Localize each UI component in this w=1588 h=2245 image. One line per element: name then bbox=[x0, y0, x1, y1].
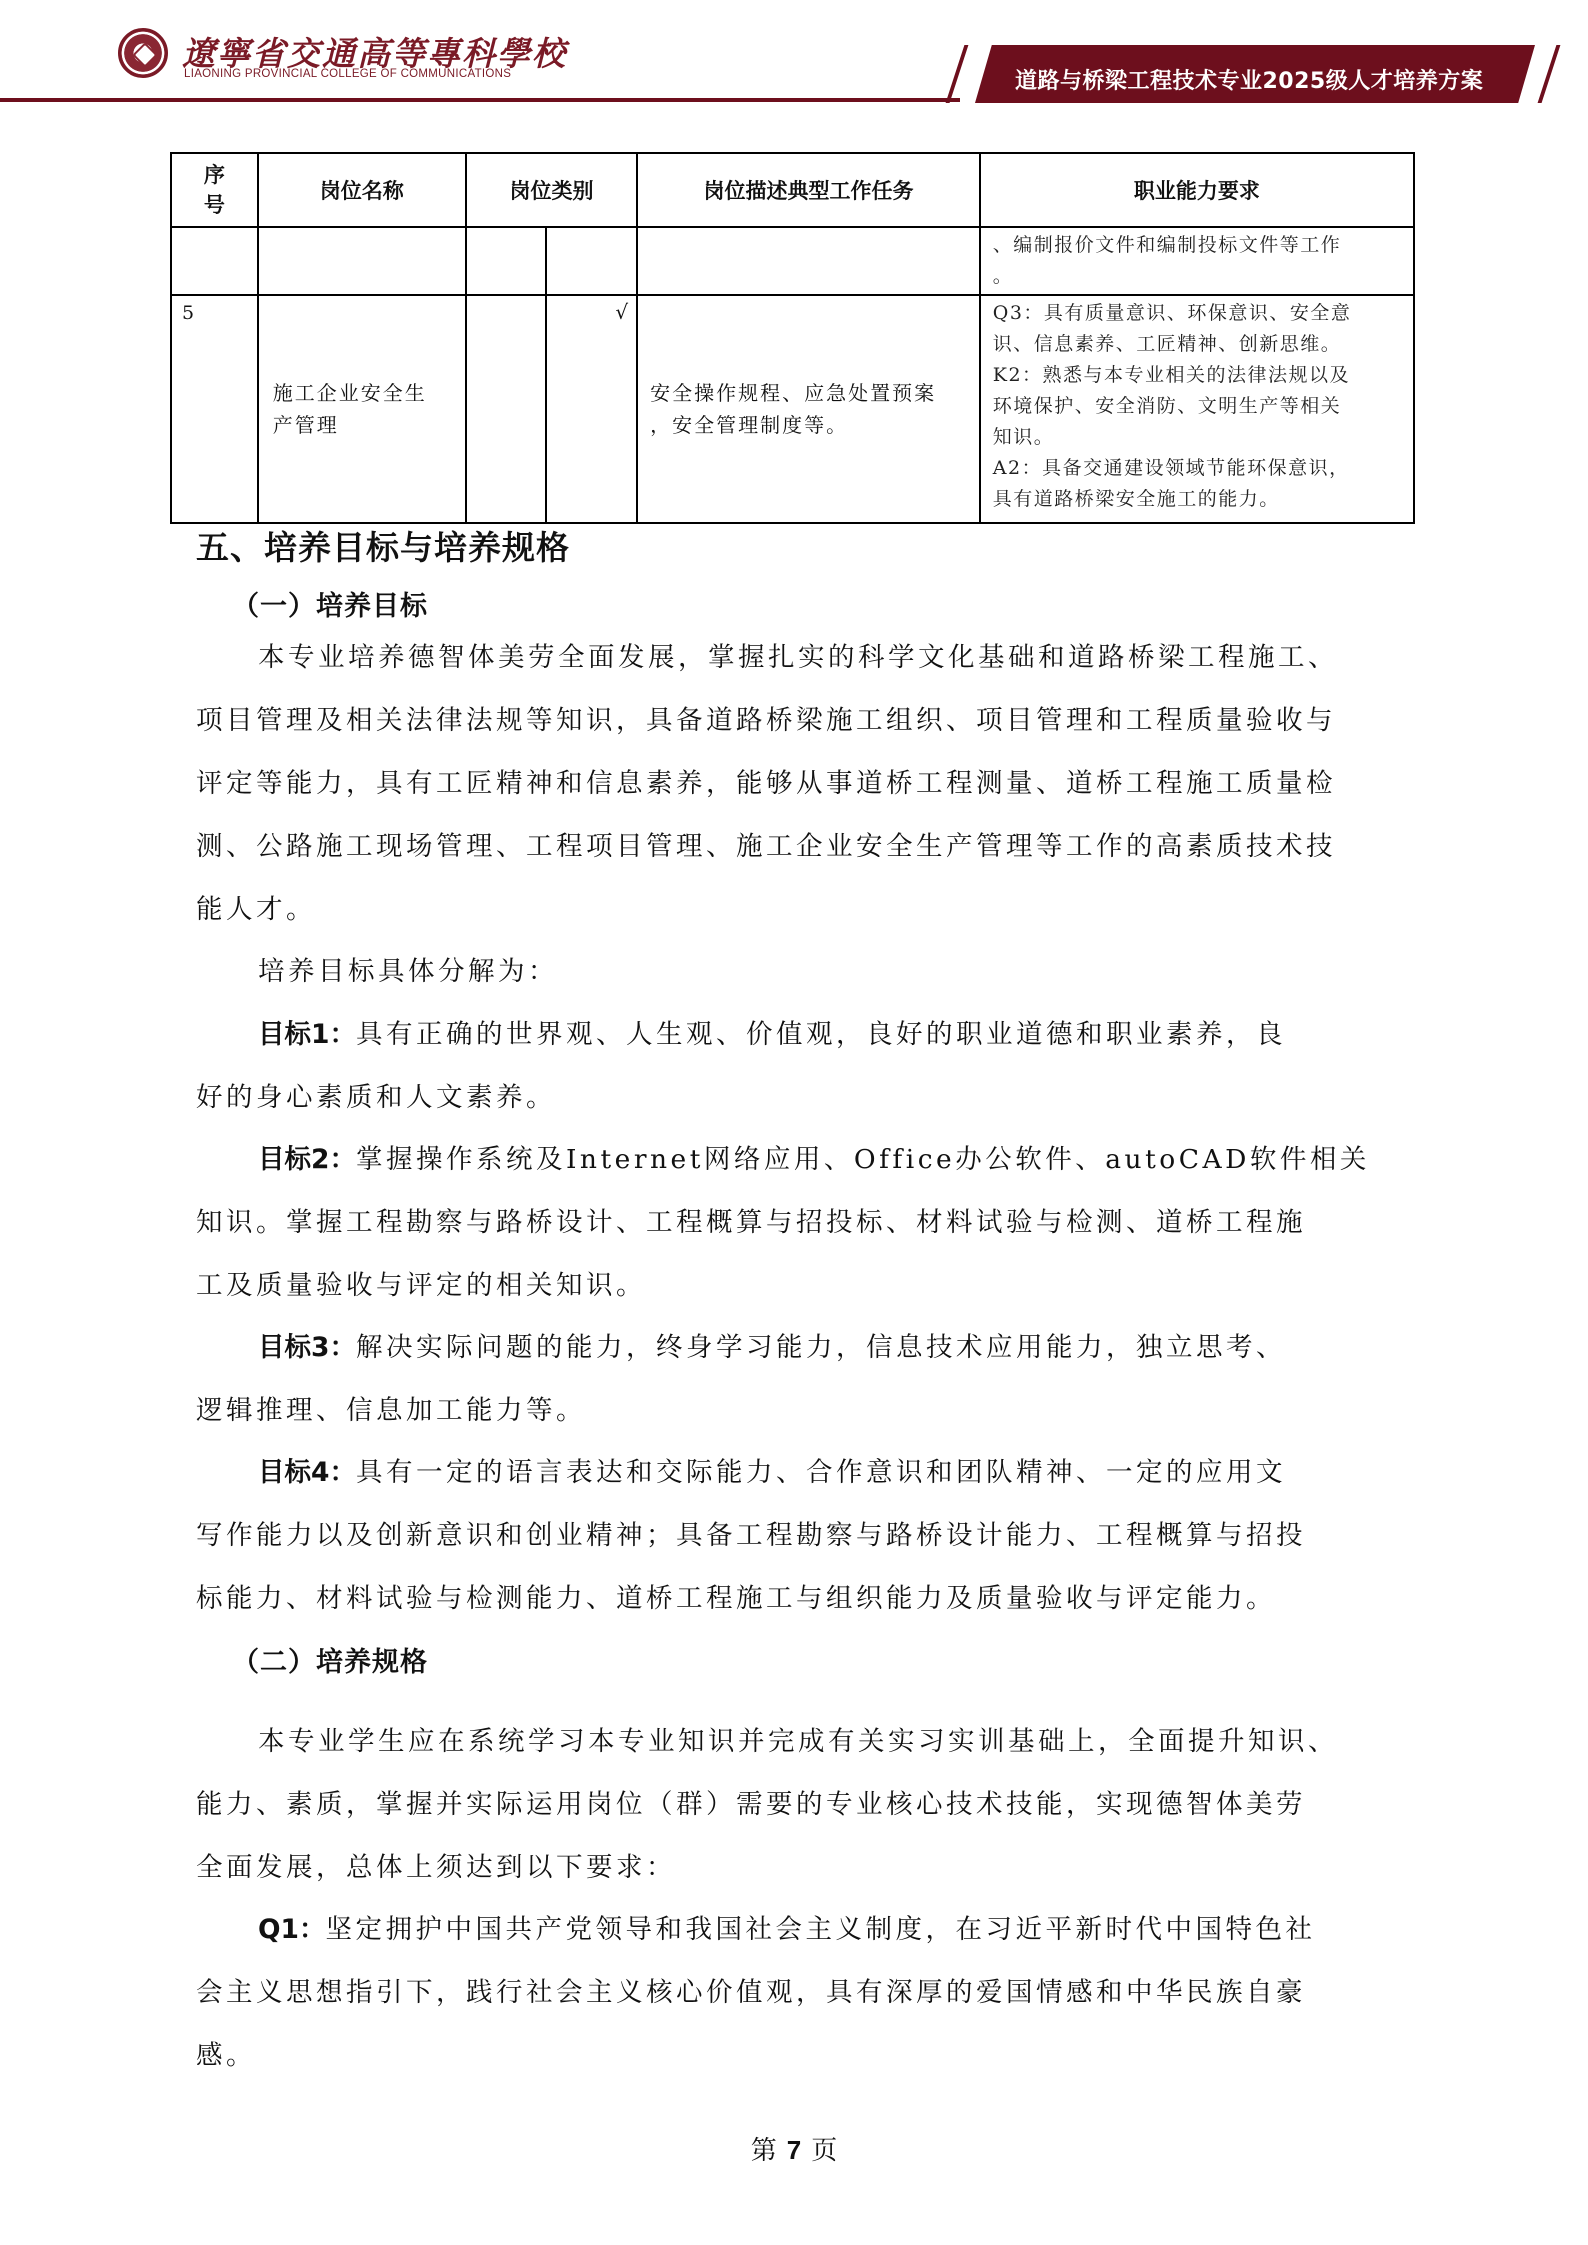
cell-requirements: Q3：具有质量意识、环保意识、安全意 识、信息素养、工匠精神、创新思维。 K2：… bbox=[980, 295, 1414, 523]
banner-slash-decoration bbox=[946, 45, 969, 103]
school-emblem-icon bbox=[118, 28, 168, 78]
page-footer: 第7页 bbox=[0, 2130, 1588, 2167]
requirement-line: 、编制报价文件和编制投标文件等工作 bbox=[993, 230, 1403, 261]
page-label-prefix: 第 bbox=[751, 2136, 777, 2166]
goal-label: 目标2： bbox=[258, 1144, 356, 1175]
check-mark-icon: √ bbox=[546, 295, 637, 523]
cell-name-line: 施工企业安全生 bbox=[273, 381, 427, 405]
requirement-line: 知识。 bbox=[993, 422, 1403, 453]
cell-category-1 bbox=[466, 227, 546, 295]
paragraph-line: 具有正确的世界观、人生观、价值观，良好的职业道德和职业素养，良 bbox=[356, 1019, 1286, 1050]
paragraph-line: 全面发展，总体上须达到以下要求： bbox=[196, 1836, 1396, 1899]
requirement-line: Q3：具有质量意识、环保意识、安全意 bbox=[993, 298, 1403, 329]
goal-label: 目标4： bbox=[258, 1457, 356, 1488]
table-row: 、编制报价文件和编制投标文件等工作 。 bbox=[171, 227, 1414, 295]
paragraph-line: 能人才。 bbox=[196, 878, 1396, 941]
goal-2-paragraph: 目标2：掌握操作系统及Internet网络应用、Office办公软件、autoC… bbox=[196, 1128, 1396, 1317]
paragraph-line: 培养目标具体分解为： bbox=[196, 940, 1396, 1003]
banner-slash-decoration bbox=[1538, 45, 1561, 103]
requirement-line: 。 bbox=[993, 261, 1403, 292]
goals-breakdown-intro: 培养目标具体分解为： bbox=[196, 940, 1396, 1003]
cell-description-line: 安全操作规程、应急处置预案 bbox=[650, 381, 936, 405]
specs-intro-paragraph: 本专业学生应在系统学习本专业知识并完成有关实习实训基础上，全面提升知识、 能力、… bbox=[196, 1710, 1396, 1899]
cell-name bbox=[258, 227, 466, 295]
paragraph-line: 掌握操作系统及Internet网络应用、Office办公软件、autoCAD软件… bbox=[356, 1144, 1370, 1175]
col-header-description: 岗位描述典型工作任务 bbox=[637, 153, 980, 227]
cell-category-2 bbox=[546, 227, 637, 295]
paragraph-line: 写作能力以及创新意识和创业精神；具备工程勘察与路桥设计能力、工程概算与招投 bbox=[196, 1504, 1396, 1567]
goal-label: 目标1： bbox=[258, 1019, 356, 1050]
requirement-line: 环境保护、安全消防、文明生产等相关 bbox=[993, 391, 1403, 422]
cell-requirements: 、编制报价文件和编制投标文件等工作 。 bbox=[980, 227, 1414, 295]
cell-name: 施工企业安全生 产管理 bbox=[258, 295, 466, 523]
page-header: 遼寧省交通高等專科學校 LIAONING PROVINCIAL COLLEGE … bbox=[0, 0, 1588, 110]
paragraph-line: 评定等能力，具有工匠精神和信息素养，能够从事道桥工程测量、道桥工程施工质量检 bbox=[196, 752, 1396, 815]
paragraph-line: 本专业学生应在系统学习本专业知识并完成有关实习实训基础上，全面提升知识、 bbox=[196, 1710, 1396, 1773]
paragraph-line: 本专业培养德智体美劳全面发展，掌握扎实的科学文化基础和道路桥梁工程施工、 bbox=[196, 626, 1396, 689]
paragraph-line: 坚定拥护中国共产党领导和我国社会主义制度，在习近平新时代中国特色社 bbox=[325, 1914, 1315, 1945]
page-label-suffix: 页 bbox=[811, 2136, 837, 2166]
paragraph-line: 项目管理及相关法律法规等知识，具备道路桥梁施工组织、项目管理和工程质量验收与 bbox=[196, 689, 1396, 752]
col-header-no: 序 号 bbox=[171, 153, 258, 227]
cell-category-1 bbox=[466, 295, 546, 523]
section-heading: 五、培养目标与培养规格 bbox=[196, 522, 570, 569]
goals-intro-paragraph: 本专业培养德智体美劳全面发展，掌握扎实的科学文化基础和道路桥梁工程施工、 项目管… bbox=[196, 626, 1396, 941]
requirement-line: A2：具备交通建设领域节能环保意识， bbox=[993, 453, 1403, 484]
school-name-en: LIAONING PROVINCIAL COLLEGE OF COMMUNICA… bbox=[184, 68, 511, 80]
paragraph-line: 感。 bbox=[196, 2024, 1396, 2087]
subsection-heading-specs: （二）培养规格 bbox=[232, 1640, 428, 1679]
paragraph-line: 会主义思想指引下，践行社会主义核心价值观，具有深厚的爱国情感和中华民族自豪 bbox=[196, 1961, 1396, 2024]
header-divider bbox=[0, 98, 960, 102]
col-header-name: 岗位名称 bbox=[258, 153, 466, 227]
goal-3-paragraph: 目标3：解决实际问题的能力，终身学习能力，信息技术应用能力，独立思考、 逻辑推理… bbox=[196, 1316, 1396, 1442]
q1-label: Q1： bbox=[258, 1914, 325, 1945]
cell-description bbox=[637, 227, 980, 295]
table-header-row: 序 号 岗位名称 岗位类别 岗位描述典型工作任务 职业能力要求 bbox=[171, 153, 1414, 227]
table-row: 5 施工企业安全生 产管理 √ 安全操作规程、应急处置预案 ，安全管理制度等。 … bbox=[171, 295, 1414, 523]
paragraph-line: 能力、素质，掌握并实际运用岗位（群）需要的专业核心技术技能，实现德智体美劳 bbox=[196, 1773, 1396, 1836]
paragraph-line: 具有一定的语言表达和交际能力、合作意识和团队精神、一定的应用文 bbox=[356, 1457, 1286, 1488]
col-header-no-line1: 序 bbox=[204, 163, 225, 187]
col-header-no-line2: 号 bbox=[204, 193, 225, 217]
requirement-line: K2：熟悉与本专业相关的法律法规以及 bbox=[993, 360, 1403, 391]
paragraph-line: 逻辑推理、信息加工能力等。 bbox=[196, 1379, 1396, 1442]
paragraph-line: 好的身心素质和人文素养。 bbox=[196, 1066, 1396, 1129]
document-title: 道路与桥梁工程技术专业2025级人才培养方案 bbox=[1015, 64, 1483, 95]
paragraph-line: 知识。掌握工程勘察与路桥设计、工程概算与招投标、材料试验与检测、道桥工程施 bbox=[196, 1191, 1396, 1254]
cell-name-line: 产管理 bbox=[273, 413, 339, 437]
page-number: 7 bbox=[787, 2135, 801, 2165]
cell-no: 5 bbox=[171, 295, 258, 523]
job-positions-table: 序 号 岗位名称 岗位类别 岗位描述典型工作任务 职业能力要求 、编制报价文件和… bbox=[170, 152, 1415, 524]
col-header-category: 岗位类别 bbox=[466, 153, 637, 227]
paragraph-line: 测、公路施工现场管理、工程项目管理、施工企业安全生产管理等工作的高素质技术技 bbox=[196, 815, 1396, 878]
requirement-line: 识、信息素养、工匠精神、创新思维。 bbox=[993, 329, 1403, 360]
col-header-requirements: 职业能力要求 bbox=[980, 153, 1414, 227]
paragraph-line: 工及质量验收与评定的相关知识。 bbox=[196, 1254, 1396, 1317]
paragraph-line: 解决实际问题的能力，终身学习能力，信息技术应用能力，独立思考、 bbox=[356, 1332, 1286, 1363]
subsection-heading-goals: （一）培养目标 bbox=[232, 584, 428, 623]
paragraph-line: 标能力、材料试验与检测能力、道桥工程施工与组织能力及质量验收与评定能力。 bbox=[196, 1567, 1396, 1630]
q1-paragraph: Q1：坚定拥护中国共产党领导和我国社会主义制度，在习近平新时代中国特色社 会主义… bbox=[196, 1898, 1396, 2087]
cell-description-line: ，安全管理制度等。 bbox=[650, 413, 848, 437]
goal-4-paragraph: 目标4：具有一定的语言表达和交际能力、合作意识和团队精神、一定的应用文 写作能力… bbox=[196, 1441, 1396, 1630]
goal-1-paragraph: 目标1：具有正确的世界观、人生观、价值观，良好的职业道德和职业素养，良 好的身心… bbox=[196, 1003, 1396, 1129]
cell-no bbox=[171, 227, 258, 295]
requirement-line: 具有道路桥梁安全施工的能力。 bbox=[993, 484, 1403, 515]
goal-label: 目标3： bbox=[258, 1332, 356, 1363]
cell-description: 安全操作规程、应急处置预案 ，安全管理制度等。 bbox=[637, 295, 980, 523]
